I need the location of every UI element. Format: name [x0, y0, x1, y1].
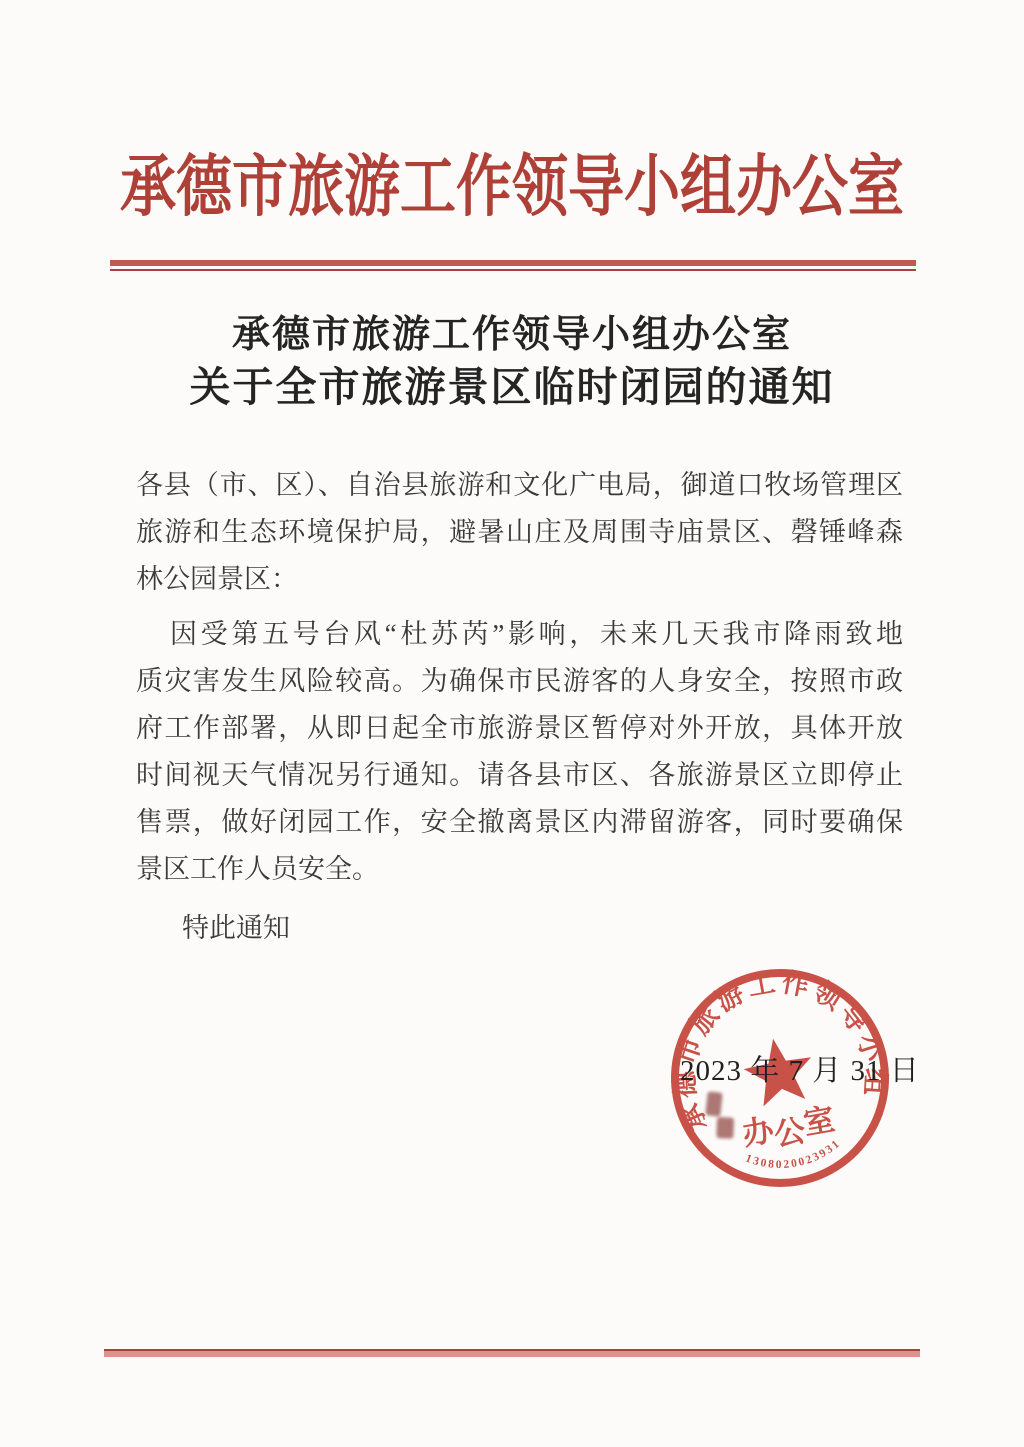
letterhead-divider: [110, 260, 916, 271]
body-line: 售票，做好闭园工作，安全撤离景区内滞留游客，同时要确保: [136, 799, 903, 846]
seal-bottom-char: 室: [801, 1101, 838, 1141]
body-line: 林公园景区：: [136, 556, 903, 603]
document-title-line2: 关于全市旅游景区临时闭园的通知: [0, 362, 1024, 412]
body-line: 景区工作人员安全。: [136, 846, 903, 893]
body-line: 府工作部署，从即日起全市旅游景区暂停对外开放，具体开放: [136, 705, 903, 752]
body-line-closing: 特此通知: [136, 905, 903, 952]
footer-divider: [104, 1349, 920, 1357]
document-title-line1: 承德市旅游工作领导小组办公室: [0, 312, 1024, 358]
footer-divider-thick-line: [104, 1351, 920, 1357]
signature-date: 2023 年 7 月 31 日: [680, 1048, 920, 1089]
body-line: 各县（市、区）、自治县旅游和文化广电局，御道口牧场管理区: [136, 462, 903, 509]
document-body: 各县（市、区）、自治县旅游和文化广电局，御道口牧场管理区 旅游和生态环境保护局，…: [136, 462, 903, 952]
body-line: 质灾害发生风险较高。为确保市民游客的人身安全，按照市政: [136, 658, 903, 705]
letterhead-org-name: 承德市旅游工作领导小组办公室: [0, 140, 1024, 236]
body-line: 时间视天气情况另行通知。请各县市区、各旅游景区立即停止: [136, 752, 903, 799]
body-line: 旅游和生态环境保护局，避暑山庄及周围寺庙景区、磬锤峰森: [136, 509, 903, 556]
divider-thin-line: [110, 269, 916, 271]
document-page: 承德市旅游工作领导小组办公室 承德市旅游工作领导小组办公室 关于全市旅游景区临时…: [0, 0, 1024, 1447]
document-title: 承德市旅游工作领导小组办公室 关于全市旅游景区临时闭园的通知: [0, 312, 1024, 412]
body-line: 因受第五号台风“杜苏芮”影响，未来几天我市降雨致地: [136, 611, 903, 658]
